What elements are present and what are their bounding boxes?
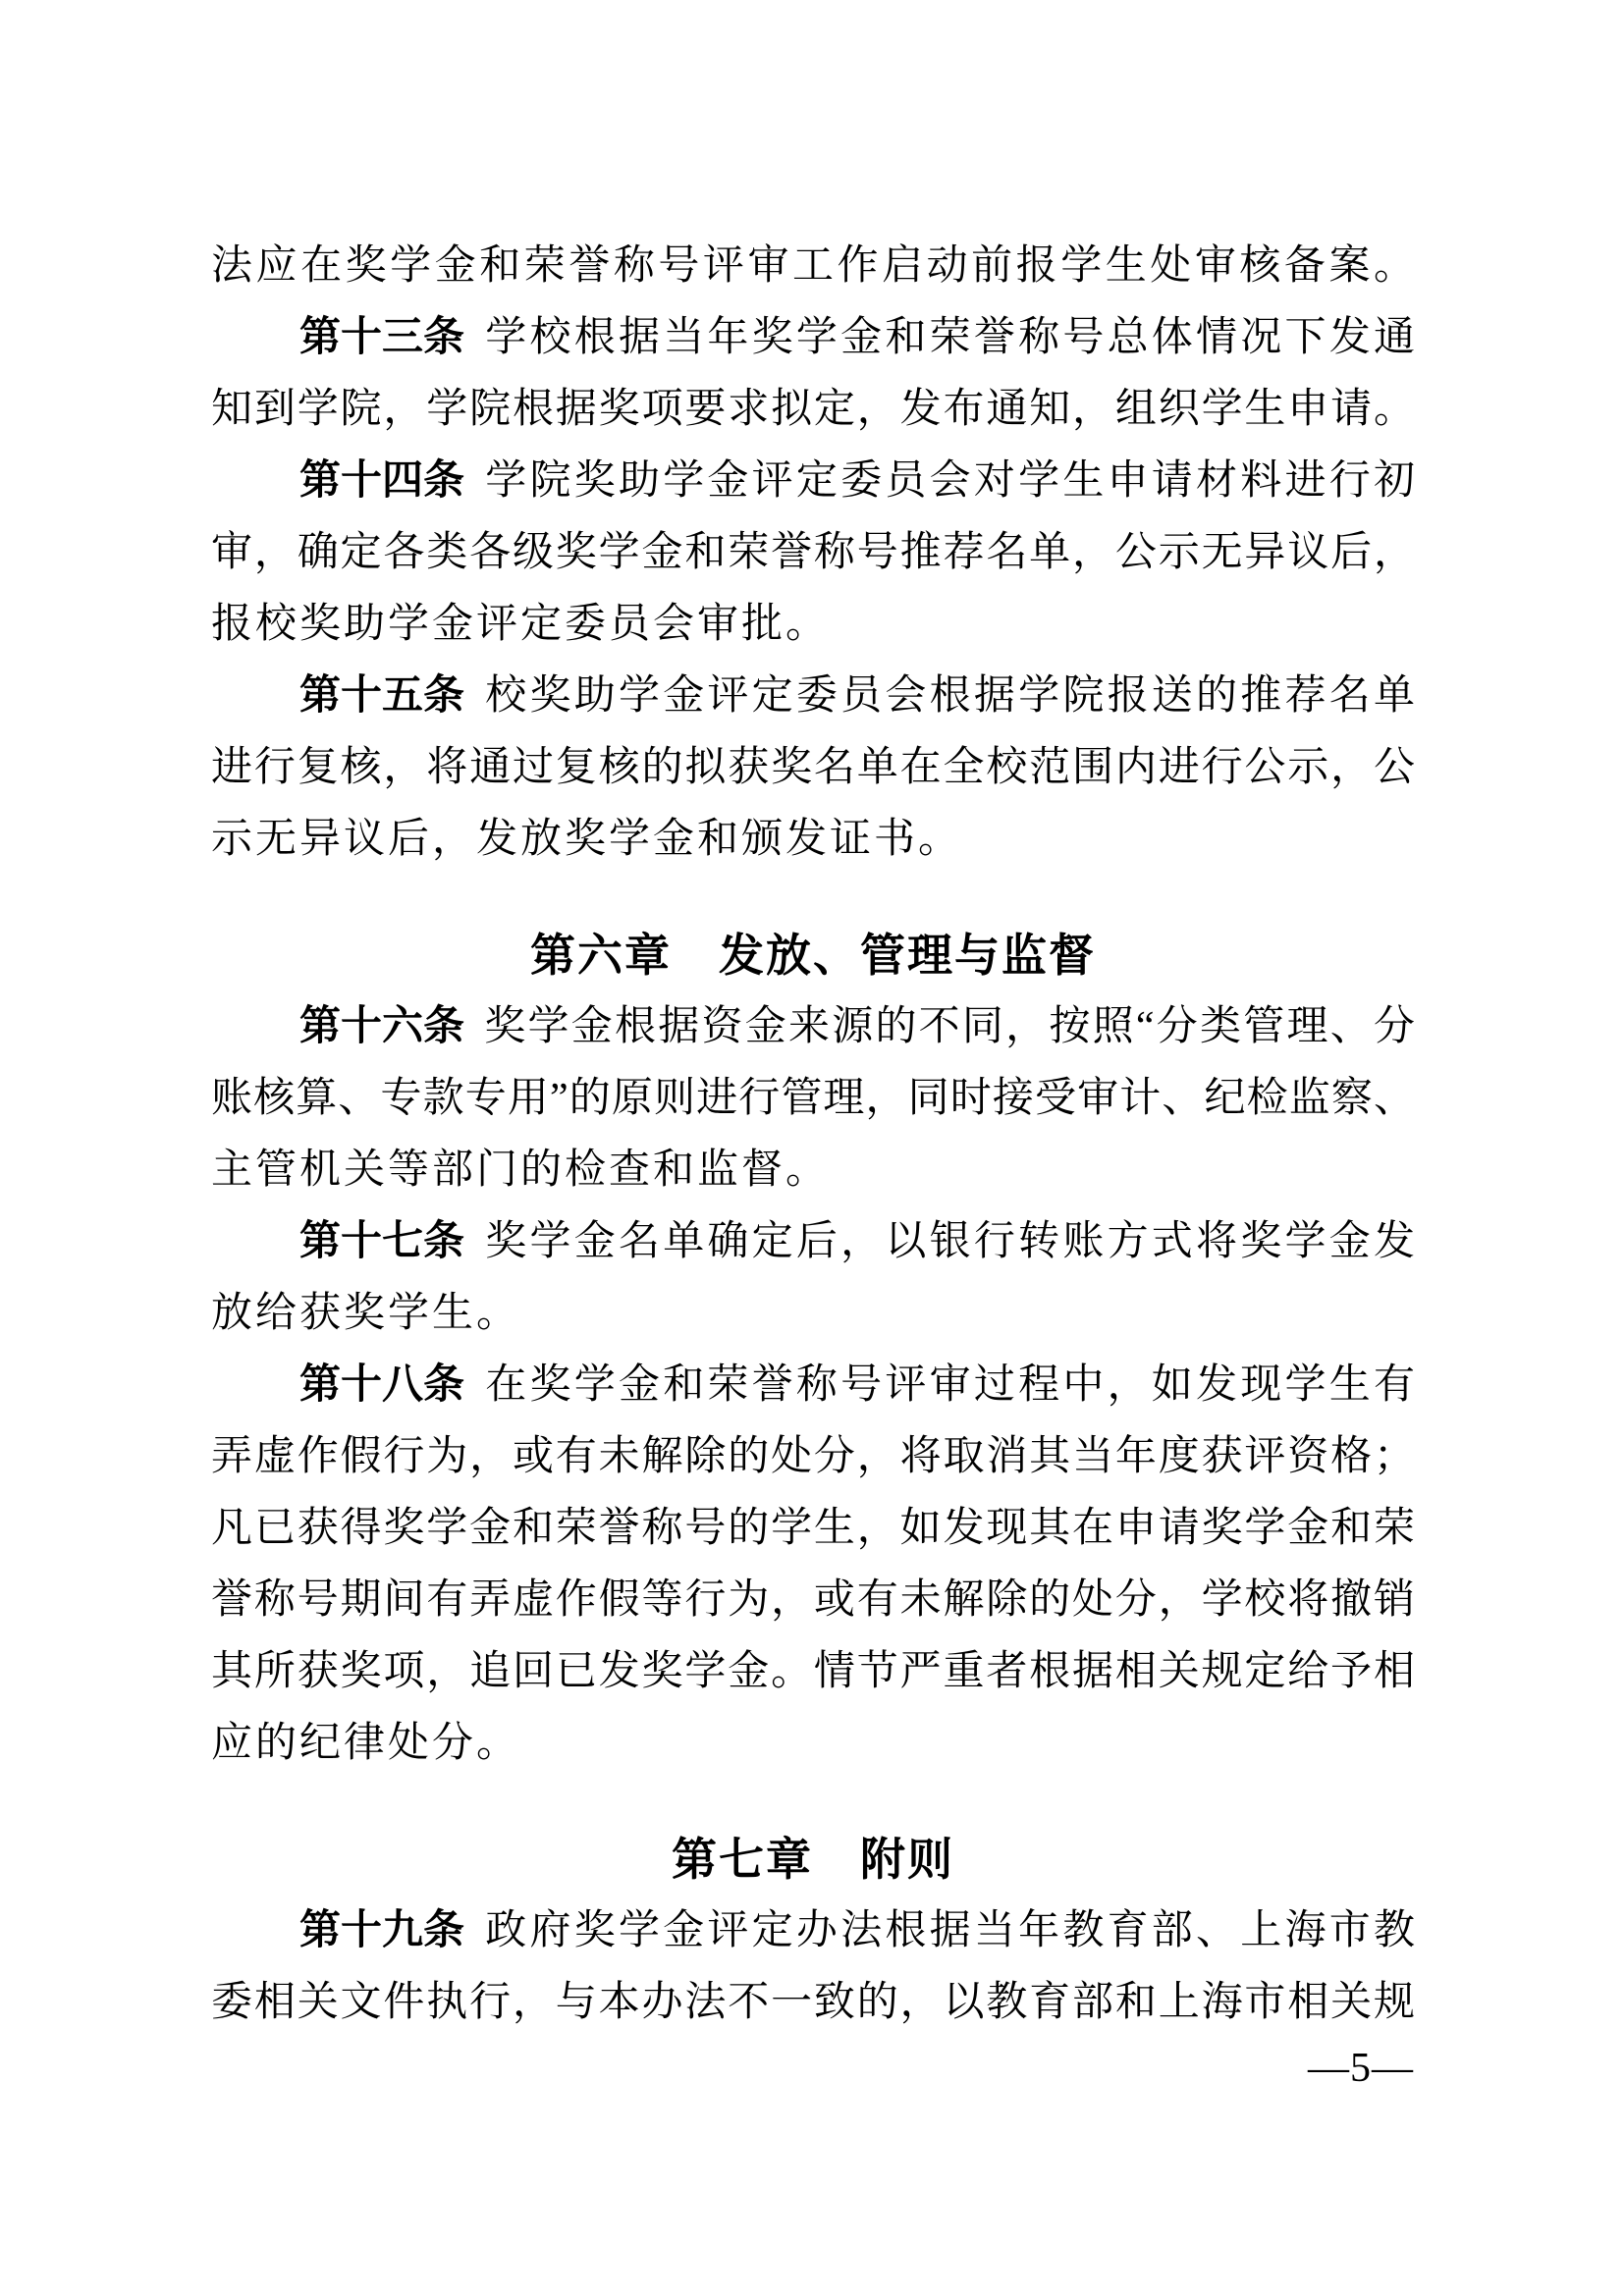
line-text: 示无异议后，发放奖学金和颁发证书。 xyxy=(211,817,962,862)
line-text: 报校奖助学金评定委员会审批。 xyxy=(211,602,830,647)
text-line: 弄虚作假行为，或有未解除的处分，将取消其当年度获评资格； xyxy=(211,1421,1415,1493)
line-text: 放给获奖学生。 xyxy=(211,1291,520,1336)
chapter-heading: 第七章 附则 xyxy=(211,1824,1415,1896)
text-line: 第十四条学院奖助学金评定委员会对学生申请材料进行初 xyxy=(211,446,1415,517)
text-line: 第十九条政府奖学金评定办法根据当年教育部、上海市教 xyxy=(211,1896,1415,1967)
text-line: 第十五条校奖助学金评定委员会根据学院报送的推荐名单 xyxy=(211,661,1415,732)
document-page: 法应在奖学金和荣誉称号评审工作启动前报学生处审核备案。 第十三条学校根据当年奖学… xyxy=(0,0,1624,2296)
line-text: 法应在奖学金和荣誉称号评审工作启动前报学生处审核备案。 xyxy=(211,243,1415,289)
text-line: 账核算、专款专用”的原则进行管理，同时接受审计、纪检监察、 xyxy=(211,1063,1415,1135)
text-line: 审，确定各类各级奖学金和荣誉称号推荐名单，公示无异议后， xyxy=(211,517,1415,589)
text-line: 报校奖助学金评定委员会审批。 xyxy=(211,589,1415,661)
text-line: 第十三条学校根据当年奖学金和荣誉称号总体情况下发通 xyxy=(211,302,1415,374)
text-line: 进行复核，将通过复核的拟获奖名单在全校范围内进行公示，公 xyxy=(211,732,1415,804)
line-text: 弄虚作假行为，或有未解除的处分，将取消其当年度获评资格； xyxy=(211,1434,1415,1479)
line-text: 在奖学金和荣誉称号评审过程中，如发现学生有 xyxy=(482,1362,1415,1408)
article-label: 第十八条 xyxy=(299,1350,464,1421)
chapter-heading: 第六章 发放、管理与监督 xyxy=(211,920,1415,991)
text-line: 凡已获得奖学金和荣誉称号的学生，如发现其在申请奖学金和荣 xyxy=(211,1493,1415,1565)
article-label: 第十六条 xyxy=(299,991,464,1063)
text-line: 誉称号期间有弄虚作假等行为，或有未解除的处分，学校将撤销 xyxy=(211,1565,1415,1636)
line-text: 奖学金名单确定后，以银行转账方式将奖学金发 xyxy=(482,1219,1415,1264)
line-text: 誉称号期间有弄虚作假等行为，或有未解除的处分，学校将撤销 xyxy=(211,1577,1415,1623)
line-text: 审，确定各类各级奖学金和荣誉称号推荐名单，公示无异议后， xyxy=(211,530,1415,575)
line-text: 主管机关等部门的检查和监督。 xyxy=(211,1148,830,1193)
line-text: 进行复核，将通过复核的拟获奖名单在全校范围内进行公示，公 xyxy=(211,745,1415,790)
text-line: 第十七条奖学金名单确定后，以银行转账方式将奖学金发 xyxy=(211,1206,1415,1278)
line-text: 学校根据当年奖学金和荣誉称号总体情况下发通 xyxy=(482,315,1415,360)
text-line: 其所获奖项，追回已发奖学金。情节严重者根据相关规定给予相 xyxy=(211,1636,1415,1708)
line-text: 校奖助学金评定委员会根据学院报送的推荐名单 xyxy=(482,673,1415,719)
text-line: 放给获奖学生。 xyxy=(211,1278,1415,1350)
text-line: 知到学院，学院根据奖项要求拟定，发布通知，组织学生申请。 xyxy=(211,374,1415,446)
page-number: —5— xyxy=(1308,2045,1414,2092)
text-line: 法应在奖学金和荣誉称号评审工作启动前报学生处审核备案。 xyxy=(211,231,1415,302)
line-text: 其所获奖项，追回已发奖学金。情节严重者根据相关规定给予相 xyxy=(211,1649,1415,1694)
article-label: 第十三条 xyxy=(299,302,464,374)
line-text: 凡已获得奖学金和荣誉称号的学生，如发现其在申请奖学金和荣 xyxy=(211,1506,1415,1551)
text-line: 第十八条在奖学金和荣誉称号评审过程中，如发现学生有 xyxy=(211,1350,1415,1421)
text-line: 主管机关等部门的检查和监督。 xyxy=(211,1135,1415,1206)
document-body: 法应在奖学金和荣誉称号评审工作启动前报学生处审核备案。 第十三条学校根据当年奖学… xyxy=(211,231,1415,2039)
line-text: 知到学院，学院根据奖项要求拟定，发布通知，组织学生申请。 xyxy=(211,387,1415,432)
line-text: 政府奖学金评定办法根据当年教育部、上海市教 xyxy=(482,1908,1415,1953)
text-line: 委相关文件执行，与本办法不一致的，以教育部和上海市相关规 xyxy=(211,1967,1415,2039)
line-text: 应的纪律处分。 xyxy=(211,1721,520,1766)
line-text: 账核算、专款专用”的原则进行管理，同时接受审计、纪检监察、 xyxy=(211,1076,1415,1121)
line-text: 奖学金根据资金来源的不同，按照“分类管理、分 xyxy=(482,1004,1415,1049)
article-label: 第十五条 xyxy=(299,661,464,732)
text-line: 示无异议后，发放奖学金和颁发证书。 xyxy=(211,804,1415,876)
article-label: 第十四条 xyxy=(299,446,464,517)
line-text: 学院奖助学金评定委员会对学生申请材料进行初 xyxy=(482,458,1415,504)
text-line: 应的纪律处分。 xyxy=(211,1708,1415,1780)
article-label: 第十九条 xyxy=(299,1896,464,1967)
article-label: 第十七条 xyxy=(299,1206,464,1278)
text-line: 第十六条奖学金根据资金来源的不同，按照“分类管理、分 xyxy=(211,991,1415,1063)
line-text: 委相关文件执行，与本办法不一致的，以教育部和上海市相关规 xyxy=(211,1980,1415,2025)
